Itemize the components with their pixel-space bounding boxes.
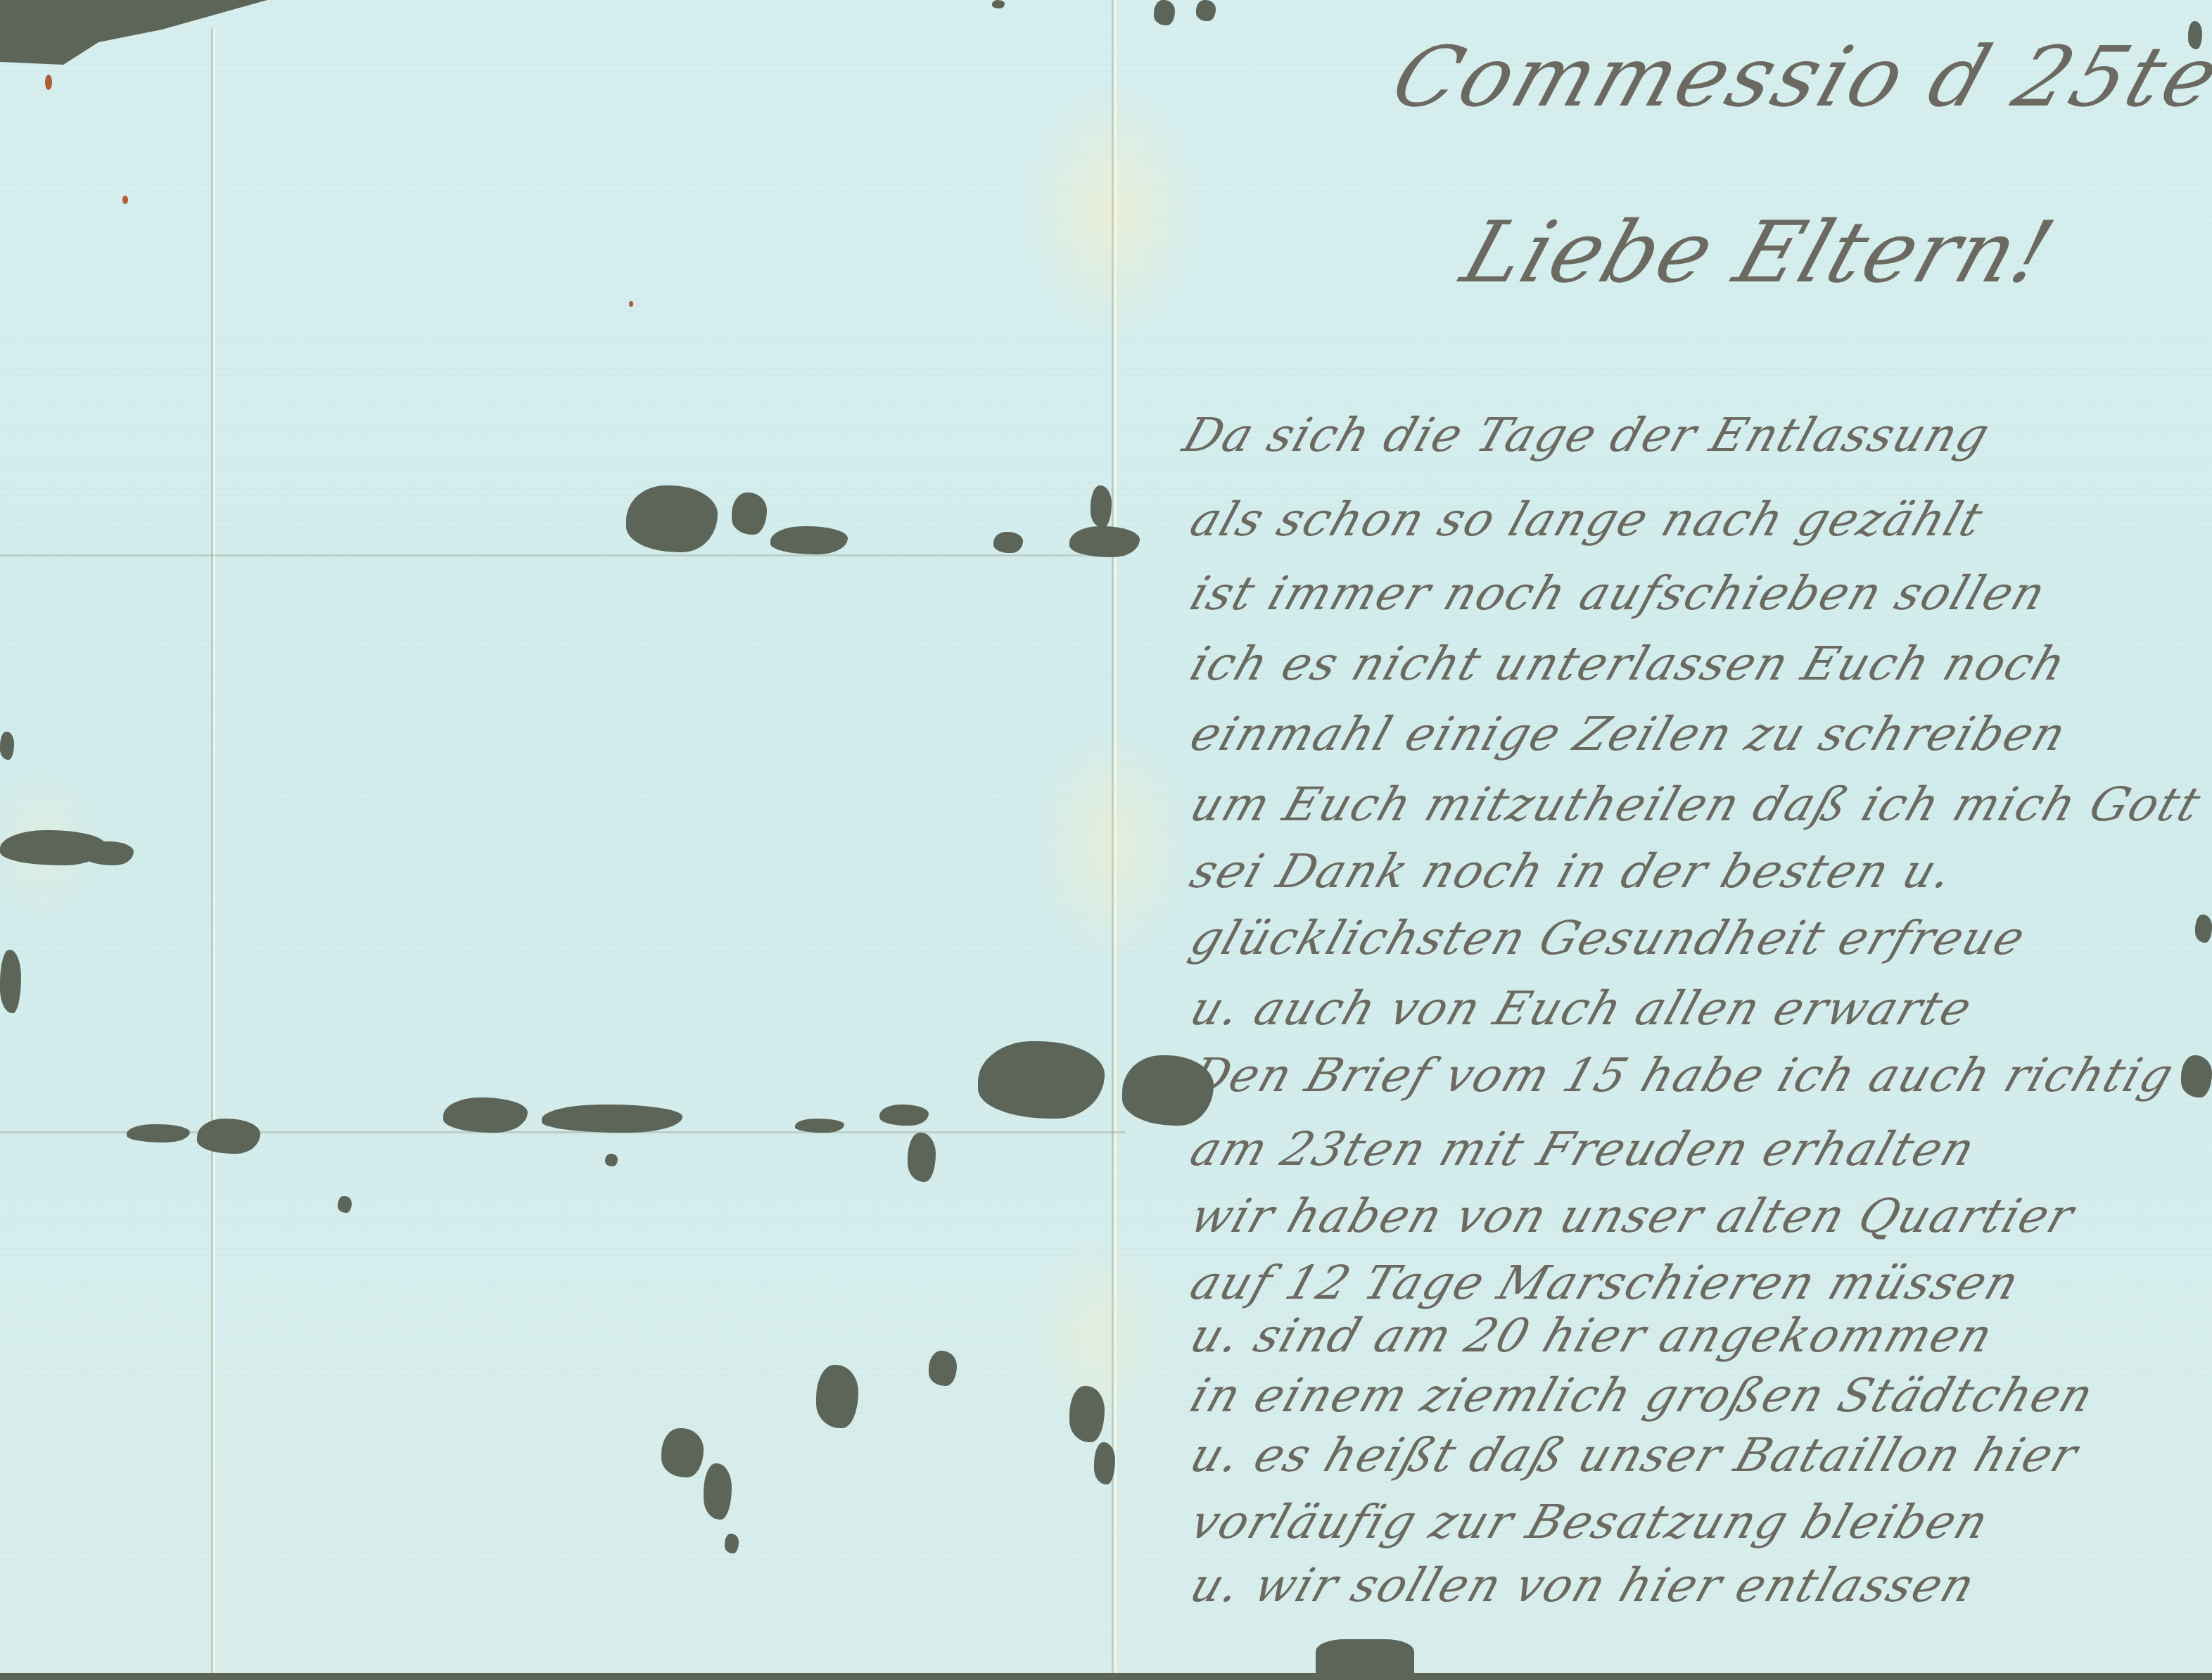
fold-line-horizontal-upper bbox=[0, 554, 1126, 556]
paper-hole bbox=[993, 532, 1023, 553]
letter-line: einmahl einige Zeilen zu schreiben bbox=[1183, 707, 2073, 761]
left-page-blank bbox=[0, 0, 1112, 1680]
letter-line: Da sich die Tage der Entlassung bbox=[1176, 408, 1997, 462]
paper-hole bbox=[1091, 485, 1112, 528]
paper-hole bbox=[732, 492, 767, 535]
rust-stain bbox=[45, 75, 52, 90]
paper-hole bbox=[443, 1097, 528, 1133]
letter-line: sei Dank noch in der besten u. bbox=[1183, 844, 1961, 898]
letter-line: vorläufig zur Besatzung bleiben bbox=[1183, 1495, 1996, 1549]
paper-hole bbox=[795, 1119, 844, 1133]
letter-line: u. wir sollen von hier entlassen bbox=[1183, 1558, 1983, 1612]
fold-highlight-left bbox=[213, 28, 215, 1680]
letter-line: glücklichsten Gesundheit erfreue bbox=[1183, 911, 2033, 965]
paper-hole bbox=[1196, 0, 1216, 21]
paper-hole bbox=[1069, 526, 1140, 557]
letter-line: auf 12 Tage Marschieren müssen bbox=[1183, 1256, 2026, 1310]
letter-line: u. es heißt daß unser Bataillon hier bbox=[1183, 1428, 2085, 1482]
letter-line: um Euch mitzutheilen daß ich mich Gott bbox=[1183, 777, 2208, 832]
paper-hole bbox=[992, 0, 1005, 8]
letter-line: ich es nicht unterlassen Euch noch bbox=[1183, 637, 2073, 691]
letter-line: in einem ziemlich großen Städtchen bbox=[1183, 1368, 2101, 1423]
paper-hole bbox=[704, 1463, 732, 1520]
rust-stain bbox=[629, 301, 633, 307]
paper-hole bbox=[879, 1105, 929, 1126]
letter-greeting: Liebe Eltern! bbox=[1451, 204, 2066, 302]
paper-hole bbox=[84, 841, 134, 865]
right-page-letter: Commessio d 25ten Merz Liebe Eltern! Da … bbox=[1115, 0, 2212, 1680]
paper-hole bbox=[2188, 21, 2202, 49]
letter-line: wir haben von unser alten Quartier bbox=[1183, 1189, 2081, 1243]
paper-hole bbox=[338, 1196, 352, 1213]
paper-hole bbox=[661, 1428, 704, 1477]
paper-hole bbox=[197, 1119, 260, 1154]
paper-hole bbox=[816, 1365, 858, 1428]
letter-line: als schon so lange nach gezählt bbox=[1183, 492, 1990, 547]
letter-line: ist immer noch aufschieben sollen bbox=[1183, 566, 2053, 621]
paper-hole bbox=[1122, 1055, 1214, 1126]
paper-hole bbox=[770, 526, 848, 554]
letter-line: am 23ten mit Freuden erhalten bbox=[1183, 1122, 1983, 1176]
letter-line: Den Brief vom 15 habe ich auch richtig bbox=[1183, 1048, 2181, 1102]
paper-hole bbox=[2181, 1055, 2212, 1097]
paper-hole bbox=[0, 950, 21, 1013]
paper-hole bbox=[978, 1041, 1105, 1119]
paper-bottom-edge bbox=[0, 1673, 2212, 1680]
letter-line: u. sind am 20 hier angekommen bbox=[1183, 1309, 2000, 1363]
paper-hole bbox=[725, 1534, 739, 1553]
paper-hole bbox=[605, 1154, 618, 1166]
paper-hole bbox=[908, 1133, 936, 1182]
paper-hole bbox=[626, 485, 718, 552]
paper-hole bbox=[542, 1105, 682, 1133]
paper-hole bbox=[929, 1351, 957, 1386]
letter-sheet: Commessio d 25ten Merz Liebe Eltern! Da … bbox=[0, 0, 2212, 1680]
paper-hole bbox=[2195, 915, 2212, 943]
paper-hole bbox=[1069, 1386, 1105, 1442]
rust-stain bbox=[122, 196, 128, 204]
paper-hole bbox=[1154, 0, 1175, 25]
letter-header-place-date: Commessio d 25ten Merz bbox=[1381, 28, 2212, 125]
paper-hole bbox=[0, 732, 14, 760]
letter-line: u. auch von Euch allen erwarte bbox=[1183, 981, 1979, 1036]
paper-hole bbox=[127, 1124, 190, 1143]
paper-hole bbox=[1094, 1442, 1115, 1484]
